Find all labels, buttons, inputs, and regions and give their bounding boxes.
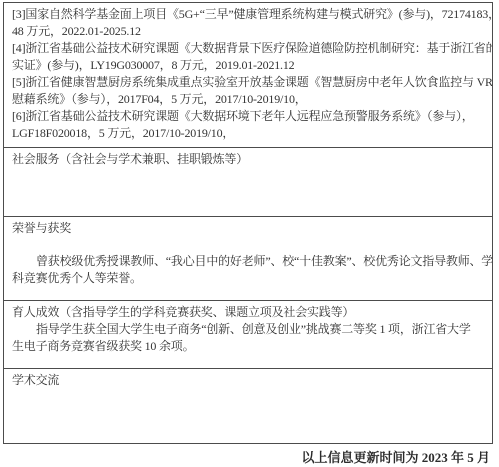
project-line: LGF18F020018，5 万元，2017/10-2019/10， <box>12 125 484 142</box>
document-page: [3]国家自然科学基金面上项目《5G+“三早”健康管理系统构建与模式研究》(参与… <box>0 0 499 467</box>
project-line: [3]国家自然科学基金面上项目《5G+“三早”健康管理系统构建与模式研究》(参与… <box>12 6 484 23</box>
section-header-academic-exchange: 学术交流 <box>12 372 484 389</box>
honors-line: 曾获校级优秀授课教师、“我心目中的好老师”、校“十佳教案”、校优秀论文指导教师、… <box>12 253 484 270</box>
education-line: 生电子商务竞赛省级获奖 10 余项。 <box>12 338 484 355</box>
table-row-honors: 荣誉与获奖 曾获校级优秀授课教师、“我心目中的好老师”、校“十佳教案”、校优秀论… <box>4 217 492 301</box>
honors-line: 科竞赛优秀个人等荣誉。 <box>12 270 484 287</box>
project-line: 慰藉系统》（参与），2017F04，5 万元，2017/10-2019/10， <box>12 91 484 108</box>
project-line: [6]浙江省基础公益技术研究课题《大数据环境下老年人远程应急预警服务系统》（参与… <box>12 108 484 125</box>
cv-table: [3]国家自然科学基金面上项目《5G+“三早”健康管理系统构建与模式研究》(参与… <box>3 2 493 444</box>
project-line: [5]浙江省健康智慧厨房系统集成重点实验室开放基金课题《智慧厨房中老年人饮食监控… <box>12 74 484 91</box>
education-line: 指导学生获全国大学生电子商务“创新、创意及创业”挑战赛二等奖 1 项，浙江省大学 <box>12 321 484 338</box>
section-header-education-achievements: 育人成效（含指导学生的学科竞赛获奖、课题立项及社会实践等） <box>12 304 484 321</box>
section-header-social-service: 社会服务（含社会与学术兼职、挂职锻炼等） <box>12 151 484 168</box>
project-line: 实证》(参与)，LY19G030007，8 万元，2019.01-2021.12 <box>12 57 484 74</box>
table-row-projects: [3]国家自然科学基金面上项目《5G+“三早”健康管理系统构建与模式研究》(参与… <box>4 3 492 148</box>
update-time-note: 以上信息更新时间为 2023 年 5 月 <box>301 449 490 466</box>
section-header-honors: 荣誉与获奖 <box>12 220 484 237</box>
project-line: [4]浙江省基础公益技术研究课题《大数据背景下医疗保险道德险防控机制研究：基于浙… <box>12 40 484 57</box>
honors-paragraph: 曾获校级优秀授课教师、“我心目中的好老师”、校“十佳教案”、校优秀论文指导教师、… <box>12 253 484 287</box>
project-line: 48 万元，2022.01-2025.12 <box>12 23 484 40</box>
table-row-social-service: 社会服务（含社会与学术兼职、挂职锻炼等） <box>4 148 492 217</box>
table-row-education-achievements: 育人成效（含指导学生的学科竞赛获奖、课题立项及社会实践等） 指导学生获全国大学生… <box>4 301 492 369</box>
table-row-academic-exchange: 学术交流 <box>4 369 492 443</box>
